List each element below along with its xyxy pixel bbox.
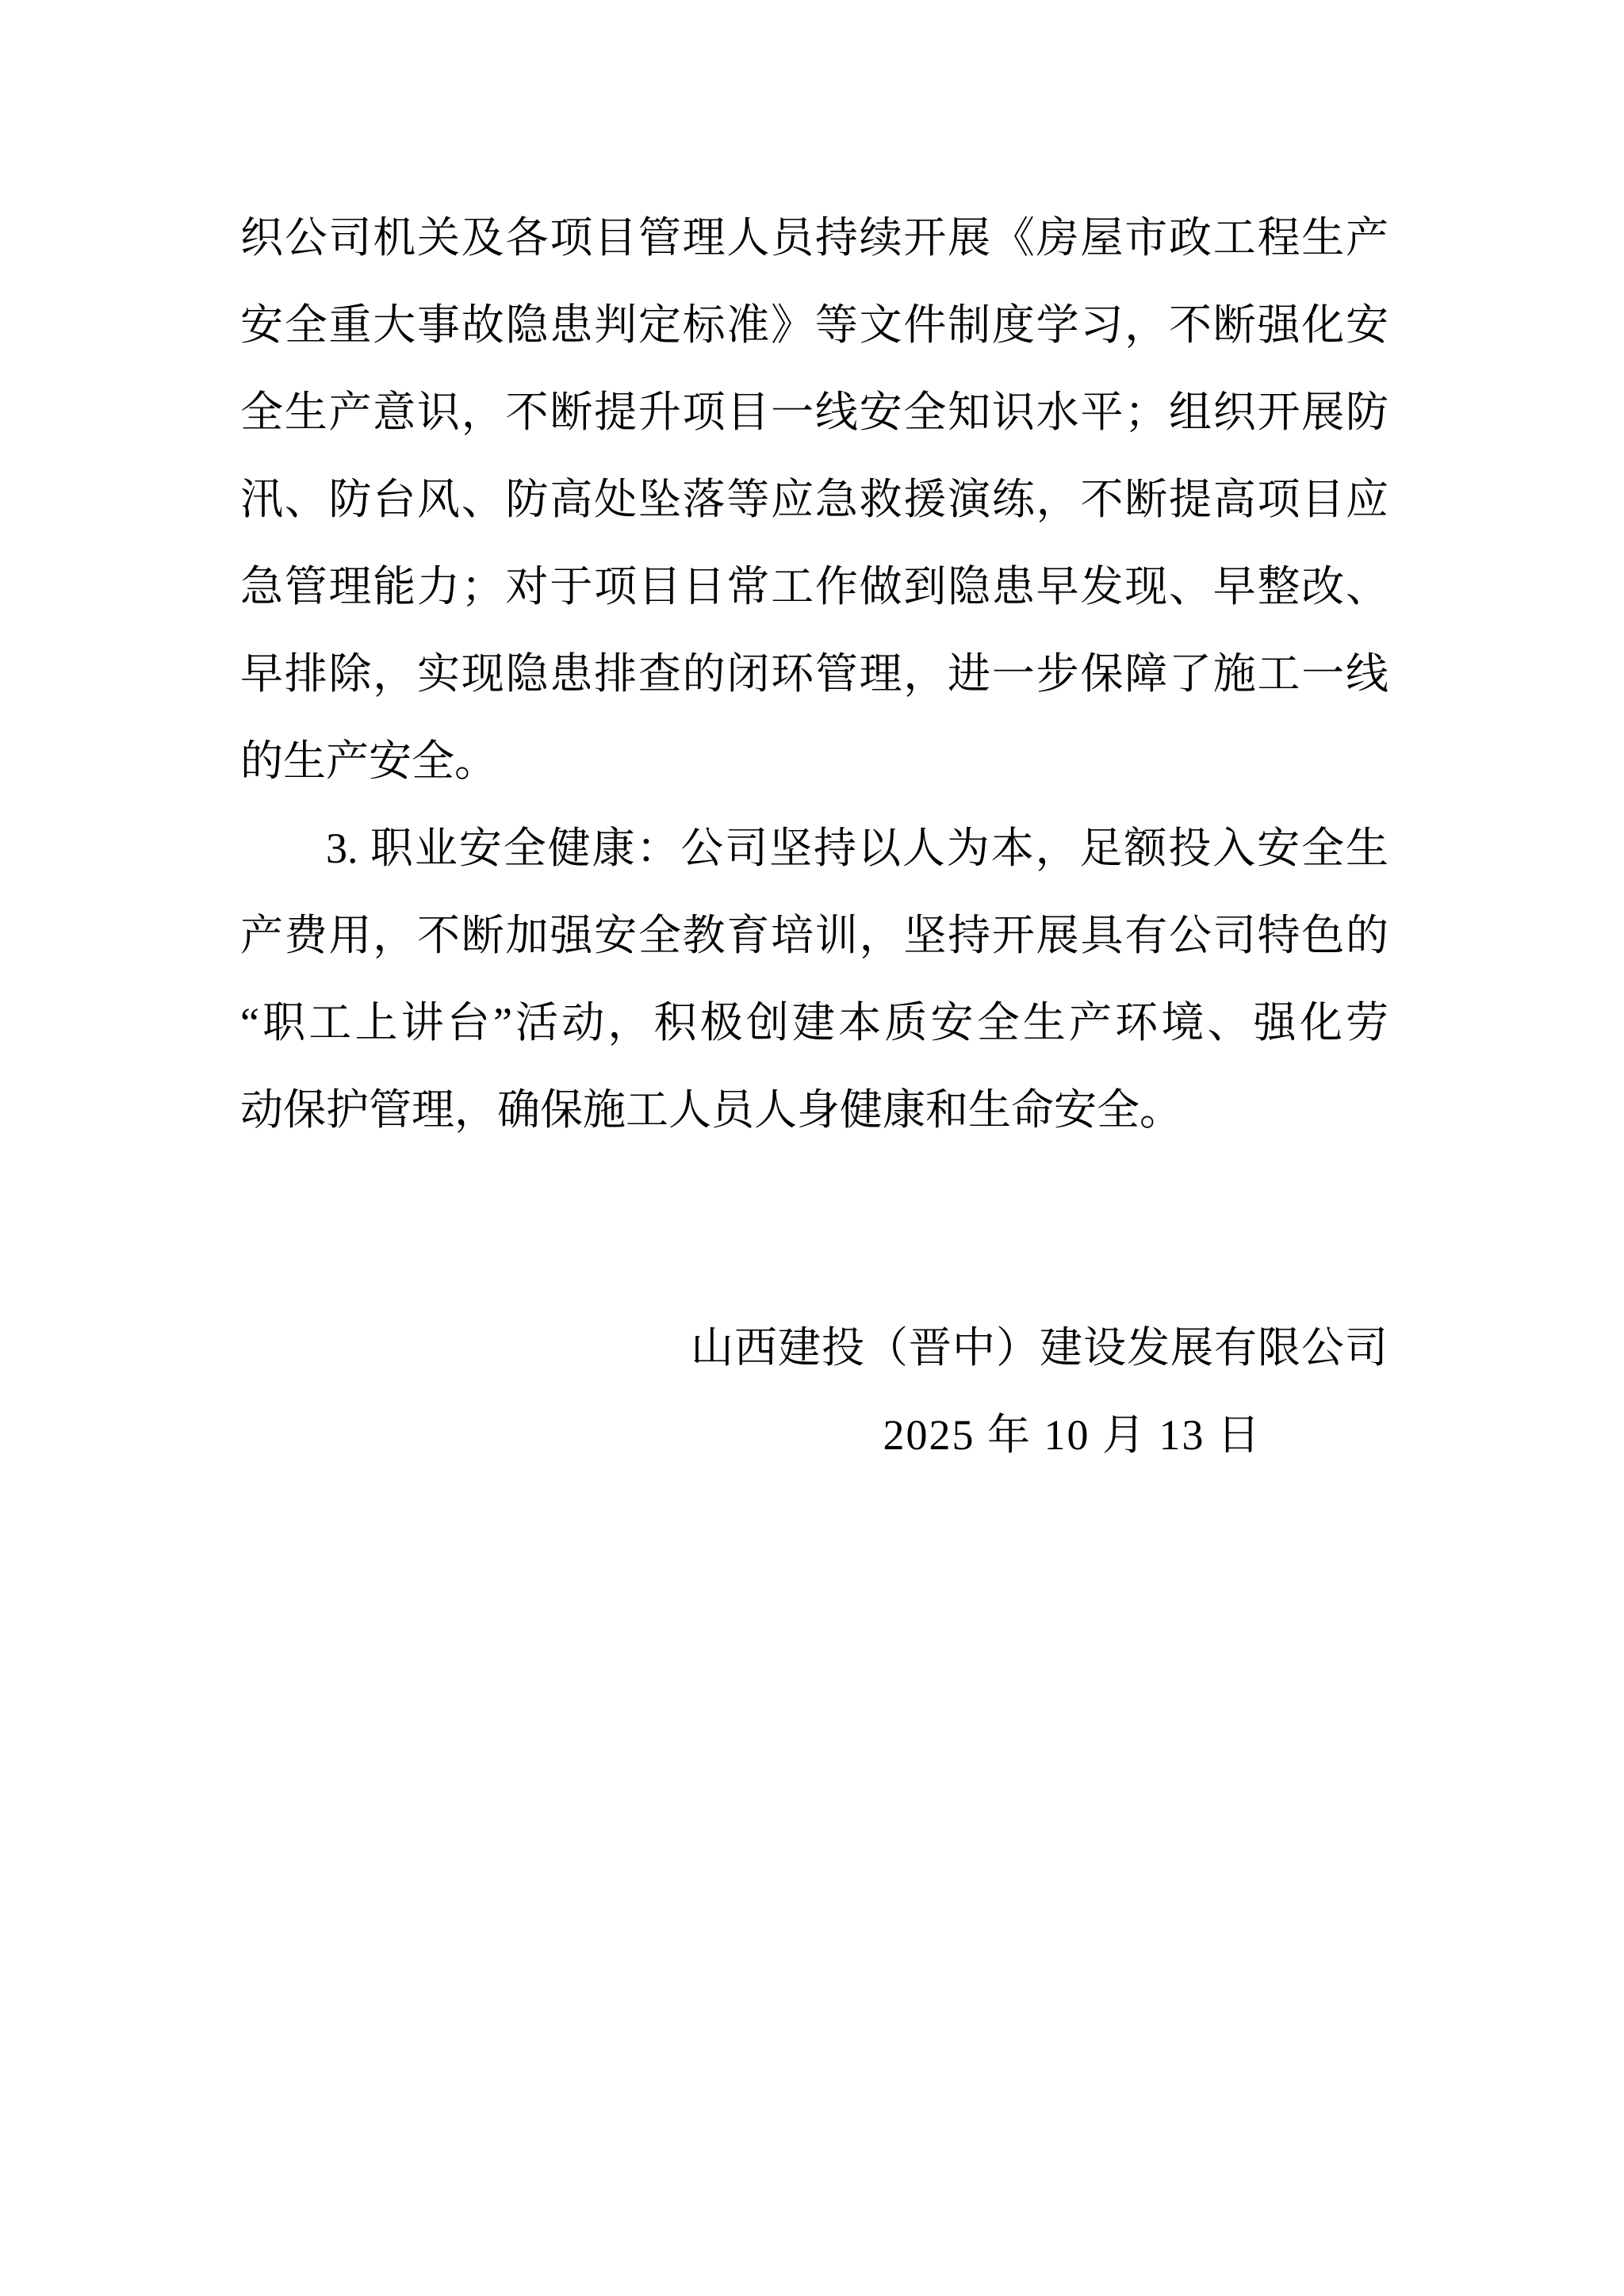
- body-line-9: 产费用，不断加强安全教育培训，坚持开展具有公司特色的: [240, 892, 1388, 979]
- body-line-2: 安全重大事故隐患判定标准》等文件制度学习，不断强化安: [240, 281, 1388, 369]
- signature-company-name: 山西建投（晋中）建设发展有限公司: [691, 1304, 1388, 1391]
- document-page: 织公司机关及各项目管理人员持续开展《房屋市政工程生产 安全重大事故隐患判定标准》…: [0, 0, 1624, 2296]
- body-line-3: 全生产意识，不断提升项目一线安全知识水平；组织开展防: [240, 369, 1388, 456]
- signature-block: 山西建投（晋中）建设发展有限公司 2025 年 10 月 13 日: [691, 1304, 1388, 1479]
- body-line-11: 动保护管理，确保施工人员人身健康和生命安全。: [240, 1066, 1388, 1154]
- body-line-8: 3. 职业安全健康：公司坚持以人为本，足额投入安全生: [240, 805, 1388, 892]
- body-line-6: 早排除，实现隐患排查的闭环管理，进一步保障了施工一线: [240, 630, 1388, 717]
- body-line-4: 汛、防台风、防高处坠落等应急救援演练，不断提高项目应: [240, 456, 1388, 543]
- body-line-5: 急管理能力；对于项目日常工作做到隐患早发现、早整改、: [240, 543, 1388, 630]
- body-line-10: “职工上讲台”活动，积极创建本质安全生产环境、强化劳: [240, 979, 1388, 1066]
- body-line-1: 织公司机关及各项目管理人员持续开展《房屋市政工程生产: [240, 194, 1388, 281]
- signature-date: 2025 年 10 月 13 日: [691, 1391, 1388, 1479]
- body-line-7: 的生产安全。: [240, 717, 1388, 805]
- document-body: 织公司机关及各项目管理人员持续开展《房屋市政工程生产 安全重大事故隐患判定标准》…: [240, 194, 1388, 1154]
